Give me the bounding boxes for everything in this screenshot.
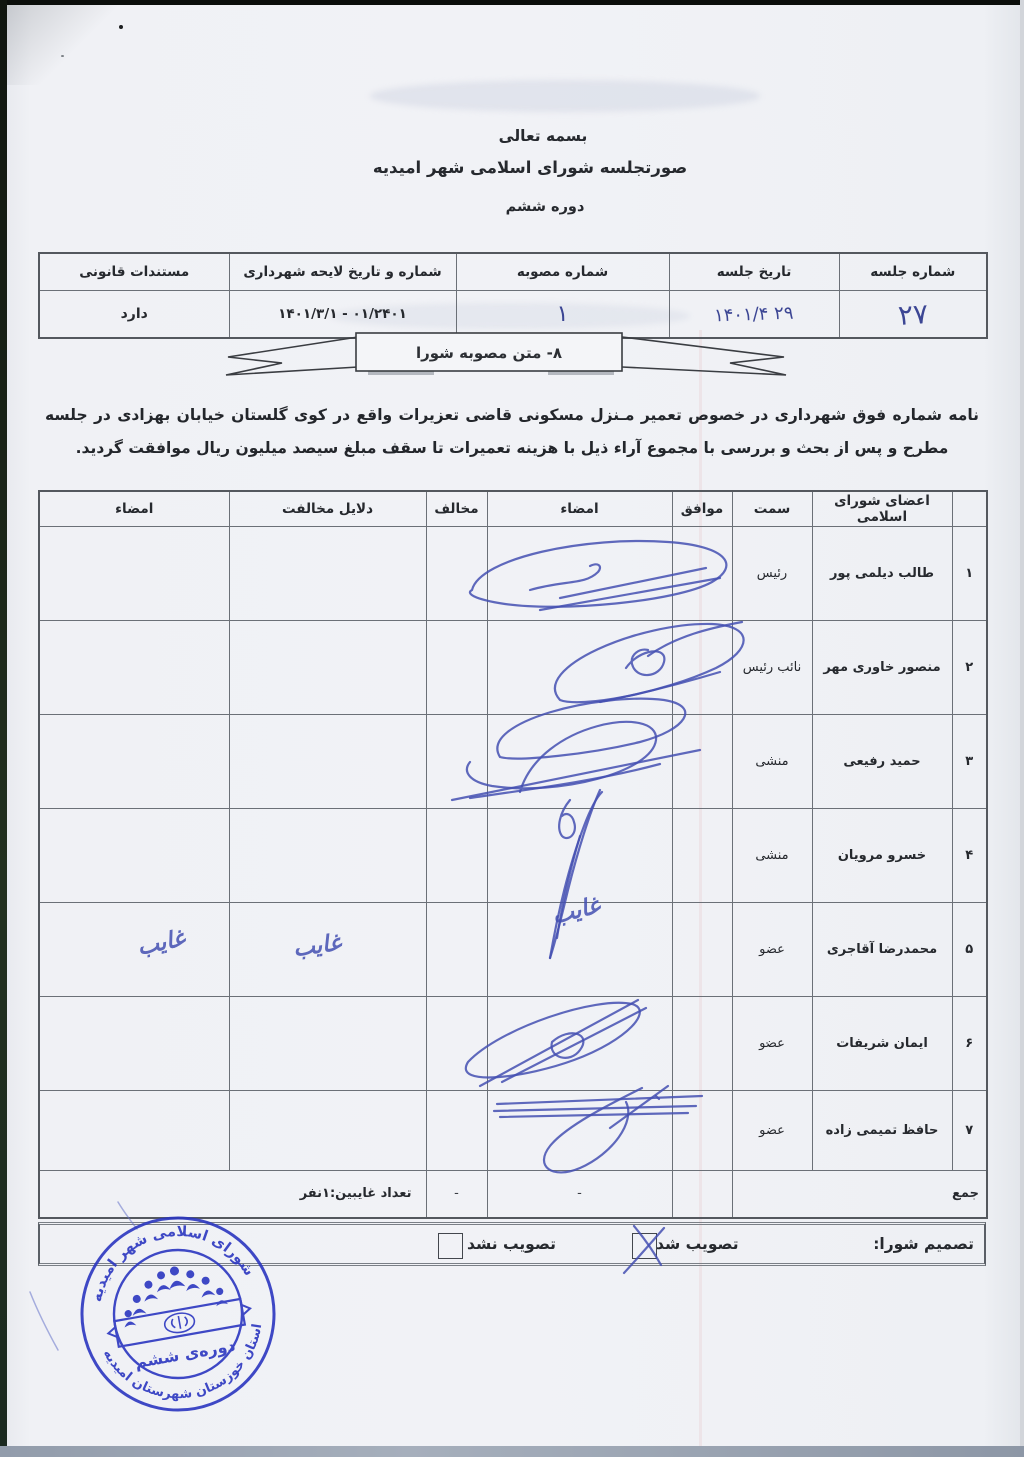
session-number-header: شماره جلسه bbox=[839, 253, 987, 291]
session-date-header: تاریخ جلسه bbox=[669, 253, 839, 291]
stamp-center-banner bbox=[106, 1298, 252, 1349]
total-against-dash: - bbox=[426, 1171, 487, 1218]
ribbon-banner-label: ۸- متن مصوبه شورا bbox=[416, 344, 562, 362]
members-votes-table: اعضای شورای اسلامی سمت موافق امضاء مخالف… bbox=[38, 490, 988, 1219]
ink-bleed-smudge bbox=[370, 80, 760, 112]
signature2-cell bbox=[39, 715, 229, 809]
reasons-cell bbox=[229, 715, 426, 809]
bill-number-header: شماره و تاریخ لایحه شهرداری bbox=[229, 253, 456, 291]
signature2-cell bbox=[39, 809, 229, 903]
legal-docs-value: دارد bbox=[39, 291, 229, 339]
member-name: طالب دیلمی پور bbox=[812, 527, 952, 621]
against-cell bbox=[426, 715, 487, 809]
member-number: ۷ bbox=[952, 1091, 987, 1171]
document-title: صورتجلسه شورای اسلامی شهر امیدیه bbox=[330, 158, 730, 177]
signature2-cell bbox=[39, 527, 229, 621]
member-position: عضو bbox=[732, 903, 812, 997]
agree-cell bbox=[672, 527, 732, 621]
signature2-cell bbox=[39, 621, 229, 715]
agree-cell bbox=[672, 715, 732, 809]
total-signature-dash: - bbox=[487, 1171, 672, 1218]
reasons-cell bbox=[229, 997, 426, 1091]
member-name: محمدرضا آقاجری bbox=[812, 903, 952, 997]
member-position: منشی bbox=[732, 715, 812, 809]
stamp-people-icons bbox=[116, 1258, 229, 1327]
agree-cell bbox=[672, 903, 732, 997]
member-number: ۳ bbox=[952, 715, 987, 809]
member-position: منشی bbox=[732, 809, 812, 903]
total-agree-cell bbox=[672, 1171, 732, 1218]
member-name: ایمان شریفات bbox=[812, 997, 952, 1091]
council-decision-row: تصمیم شورا: تصویب شد تصویب نشد bbox=[38, 1222, 986, 1266]
iran-emblem-icon bbox=[171, 1315, 189, 1331]
member-name: خسرو مرویان bbox=[812, 809, 952, 903]
session-number-value: ۲۷ bbox=[839, 291, 987, 339]
position-header: سمت bbox=[732, 491, 812, 527]
signature2-cell bbox=[39, 1091, 229, 1171]
dust-speck bbox=[119, 25, 123, 29]
reasons-cell bbox=[229, 527, 426, 621]
decision-label: تصمیم شورا: bbox=[873, 1235, 974, 1253]
signature2-cell bbox=[39, 997, 229, 1091]
member-row: ۶ ایمان شریفات عضو bbox=[39, 997, 987, 1091]
reasons-cell bbox=[229, 1091, 426, 1171]
approved-checkbox bbox=[632, 1233, 657, 1259]
members-tbody: ۱ طالب دیلمی پور رئیس ۲ منصور خاوری مهر … bbox=[39, 527, 987, 1171]
member-row: ۱ طالب دیلمی پور رئیس bbox=[39, 527, 987, 621]
agree-header: موافق bbox=[672, 491, 732, 527]
member-row: ۴ خسرو مرویان منشی bbox=[39, 809, 987, 903]
dust-speck bbox=[61, 55, 64, 57]
member-name: حافظ تمیمی زاده bbox=[812, 1091, 952, 1171]
stamp-term-text: دوره‌ی ششم bbox=[133, 1336, 236, 1372]
member-number: ۱ bbox=[952, 527, 987, 621]
signature-cell bbox=[487, 997, 672, 1091]
against-cell bbox=[426, 1091, 487, 1171]
scan-corner-shadow bbox=[7, 5, 117, 85]
signature2-cell bbox=[39, 903, 229, 997]
ribbon-banner: ۸- متن مصوبه شورا bbox=[218, 326, 794, 384]
against-cell bbox=[426, 527, 487, 621]
member-row: ۳ حمید رفیعی منشی bbox=[39, 715, 987, 809]
member-name: منصور خاوری مهر bbox=[812, 621, 952, 715]
rejected-checkbox bbox=[438, 1233, 463, 1259]
signature-cell bbox=[487, 621, 672, 715]
member-number: ۲ bbox=[952, 621, 987, 715]
member-name: حمید رفیعی bbox=[812, 715, 952, 809]
scan-edge-right bbox=[1020, 0, 1024, 1457]
reasons-cell bbox=[229, 621, 426, 715]
member-position: عضو bbox=[732, 997, 812, 1091]
signature-cell bbox=[487, 527, 672, 621]
agree-cell bbox=[672, 621, 732, 715]
dust-speck bbox=[766, 1042, 768, 1044]
signature-cell bbox=[487, 1091, 672, 1171]
member-position: رئیس bbox=[732, 527, 812, 621]
scan-edge-bottom bbox=[0, 1446, 1024, 1457]
member-row: ۷ حافظ تمیمی زاده عضو bbox=[39, 1091, 987, 1171]
approved-label: تصویب شد bbox=[656, 1235, 739, 1253]
against-cell bbox=[426, 997, 487, 1091]
scanned-document-page: بسمه تعالی صورتجلسه شورای اسلامی شهر امی… bbox=[0, 0, 1024, 1457]
scan-edge-top bbox=[0, 0, 1024, 5]
member-position: نائب رئیس bbox=[732, 621, 812, 715]
stamp-bottom-arc-text: استان خوزستان شهرستان امیدیه bbox=[99, 1320, 276, 1415]
signature2-header: امضاء bbox=[39, 491, 229, 527]
total-row: جمع - - تعداد غایبین:۱نفر bbox=[39, 1171, 987, 1218]
against-cell bbox=[426, 903, 487, 997]
members-name-header: اعضای شورای اسلامی bbox=[812, 491, 952, 527]
term-label: دوره ششم bbox=[345, 199, 745, 215]
rejected-label: تصویب نشد bbox=[467, 1235, 556, 1253]
scan-edge-left bbox=[0, 0, 7, 1457]
against-header: مخالف bbox=[426, 491, 487, 527]
absentees-count: تعداد غایبین:۱نفر bbox=[39, 1171, 426, 1218]
reasons-cell bbox=[229, 809, 426, 903]
row-number-header bbox=[952, 491, 987, 527]
resolution-text: نامه شماره فوق شهرداری در خصوص تعمیر مـن… bbox=[45, 399, 979, 465]
resolution-number-header: شماره مصوبه bbox=[456, 253, 669, 291]
against-cell bbox=[426, 809, 487, 903]
signature-header: امضاء bbox=[487, 491, 672, 527]
member-number: ۶ bbox=[952, 997, 987, 1091]
agree-cell bbox=[672, 997, 732, 1091]
member-row: ۲ منصور خاوری مهر نائب رئیس bbox=[39, 621, 987, 715]
member-number: ۵ bbox=[952, 903, 987, 997]
member-position: عضو bbox=[732, 1091, 812, 1171]
member-number: ۴ bbox=[952, 809, 987, 903]
bismillah-text: بسمه تعالی bbox=[343, 127, 743, 145]
agree-cell bbox=[672, 1091, 732, 1171]
stray-pen-stroke bbox=[30, 1292, 58, 1350]
agree-cell bbox=[672, 809, 732, 903]
against-cell bbox=[426, 621, 487, 715]
against-reasons-header: دلایل مخالفت bbox=[229, 491, 426, 527]
legal-docs-header: مستندات قانونی bbox=[39, 253, 229, 291]
total-label: جمع bbox=[732, 1171, 987, 1218]
signature-cell bbox=[487, 715, 672, 809]
members-header-row: اعضای شورای اسلامی سمت موافق امضاء مخالف… bbox=[39, 491, 987, 527]
signature-cell bbox=[487, 809, 672, 903]
